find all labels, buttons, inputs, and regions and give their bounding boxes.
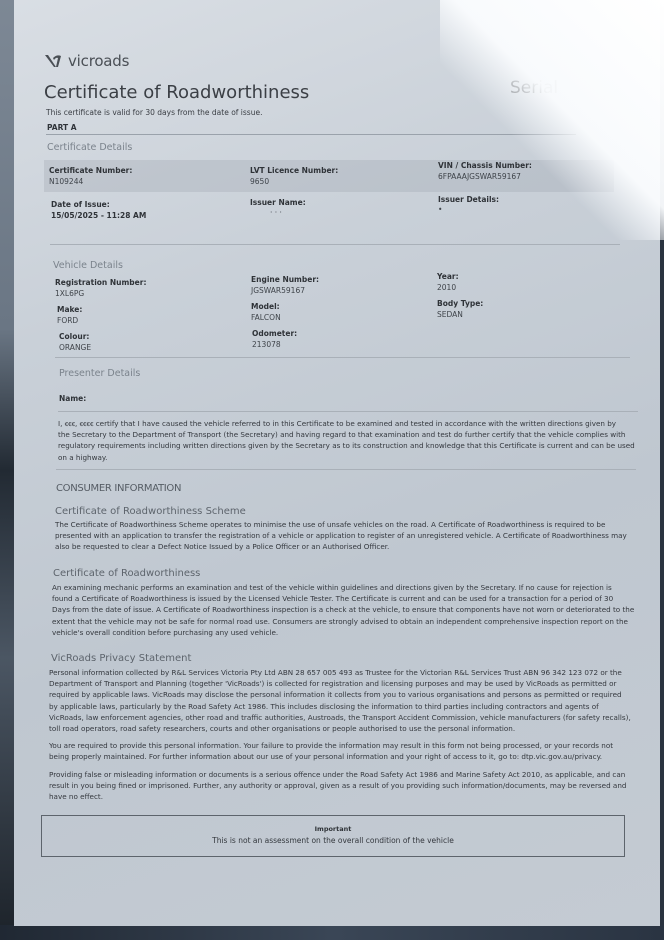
certificate-document: vicroads Certificate of Roadworthiness S… (0, 0, 664, 940)
divider (58, 411, 638, 412)
issuer-name-field: Issuer Name: · · · (250, 198, 306, 217)
body-type-label: Body Type: (437, 299, 483, 308)
model-label: Model: (251, 302, 281, 311)
serial-label: Serial (510, 78, 558, 98)
part-label: PART A (47, 123, 77, 132)
issuer-details-field: Issuer Details: • (438, 195, 499, 214)
issuer-name-label: Issuer Name: (250, 198, 306, 207)
certificate-details-heading: Certificate Details (47, 142, 132, 153)
engine-number-label: Engine Number: (251, 275, 319, 284)
year-label: Year: (437, 272, 459, 281)
certificate-number-value: N109244 (49, 177, 132, 186)
lvt-licence-label: LVT Licence Number: (250, 166, 338, 175)
date-of-issue-field: Date of Issue: 15/05/2025 - 11:28 AM (51, 200, 146, 220)
vin-value: 6FPAAAJGSWAR59167 (438, 172, 532, 181)
body-type-value: SEDAN (437, 310, 483, 319)
cor-text: An examining mechanic performs an examin… (52, 582, 662, 638)
vehicle-details-heading: Vehicle Details (53, 260, 123, 271)
divider (56, 469, 636, 470)
validity-note: This certificate is valid for 30 days fr… (46, 108, 262, 117)
presenter-name-field: Name: (59, 386, 86, 405)
make-value: FORD (57, 316, 82, 325)
colour-field: Colour: ORANGE (59, 332, 91, 352)
certificate-number-field: Certificate Number: N109244 (49, 166, 132, 186)
odometer-label: Odometer: (252, 329, 297, 338)
cor-scheme-heading: Certificate of Roadworthiness Scheme (55, 506, 246, 517)
certificate-number-label: Certificate Number: (49, 166, 132, 175)
document-title: Certificate of Roadworthiness (44, 82, 309, 103)
privacy-statement-heading: VicRoads Privacy Statement (51, 653, 191, 664)
registration-number-field: Registration Number: 1XL6PG (55, 278, 146, 298)
vin-label: VIN / Chassis Number: (438, 161, 532, 170)
date-of-issue-label: Date of Issue: (51, 200, 146, 209)
date-of-issue-value: 15/05/2025 - 11:28 AM (51, 211, 146, 220)
make-label: Make: (57, 305, 82, 314)
cor-scheme-text: The Certificate of Roadworthiness Scheme… (55, 519, 655, 553)
odometer-field: Odometer: 213078 (252, 329, 297, 349)
important-notice-text: This is not an assessment on the overall… (42, 836, 624, 845)
engine-number-value: JGSWAR59167 (251, 286, 319, 295)
issuer-details-value: • (438, 205, 499, 214)
body-type-field: Body Type: SEDAN (437, 299, 483, 319)
issuer-name-value: · · · (250, 208, 306, 217)
model-field: Model: FALCON (251, 302, 281, 322)
vin-field: VIN / Chassis Number: 6FPAAAJGSWAR59167 (438, 161, 532, 181)
important-notice-title: Important (42, 825, 624, 833)
presenter-name-label: Name: (59, 394, 86, 403)
odometer-value: 213078 (252, 340, 297, 349)
declaration-text: I, ꞓꞓꞓ, ꞓꞓꞓꞓ certify that I have caused … (58, 418, 658, 463)
important-notice-box: Important This is not an assessment on t… (41, 815, 625, 857)
divider (50, 244, 620, 245)
divider (55, 357, 630, 358)
issuer-details-label: Issuer Details: (438, 195, 499, 204)
vicroads-logo-icon (44, 53, 66, 69)
registration-number-label: Registration Number: (55, 278, 146, 287)
make-field: Make: FORD (57, 305, 82, 325)
vicroads-logo-text: vicroads (68, 52, 129, 70)
lvt-licence-field: LVT Licence Number: 9650 (250, 166, 338, 186)
privacy-statement-text: Personal information collected by R&L Se… (49, 667, 664, 802)
registration-number-value: 1XL6PG (55, 289, 146, 298)
colour-label: Colour: (59, 332, 91, 341)
presenter-details-heading: Presenter Details (59, 368, 140, 379)
colour-value: ORANGE (59, 343, 91, 352)
divider (46, 134, 576, 135)
model-value: FALCON (251, 313, 281, 322)
engine-number-field: Engine Number: JGSWAR59167 (251, 275, 319, 295)
vicroads-logo: vicroads (44, 52, 129, 70)
lvt-licence-value: 9650 (250, 177, 338, 186)
year-value: 2010 (437, 283, 459, 292)
year-field: Year: 2010 (437, 272, 459, 292)
cor-heading: Certificate of Roadworthiness (53, 568, 200, 579)
consumer-information-heading: CONSUMER INFORMATION (56, 483, 181, 494)
